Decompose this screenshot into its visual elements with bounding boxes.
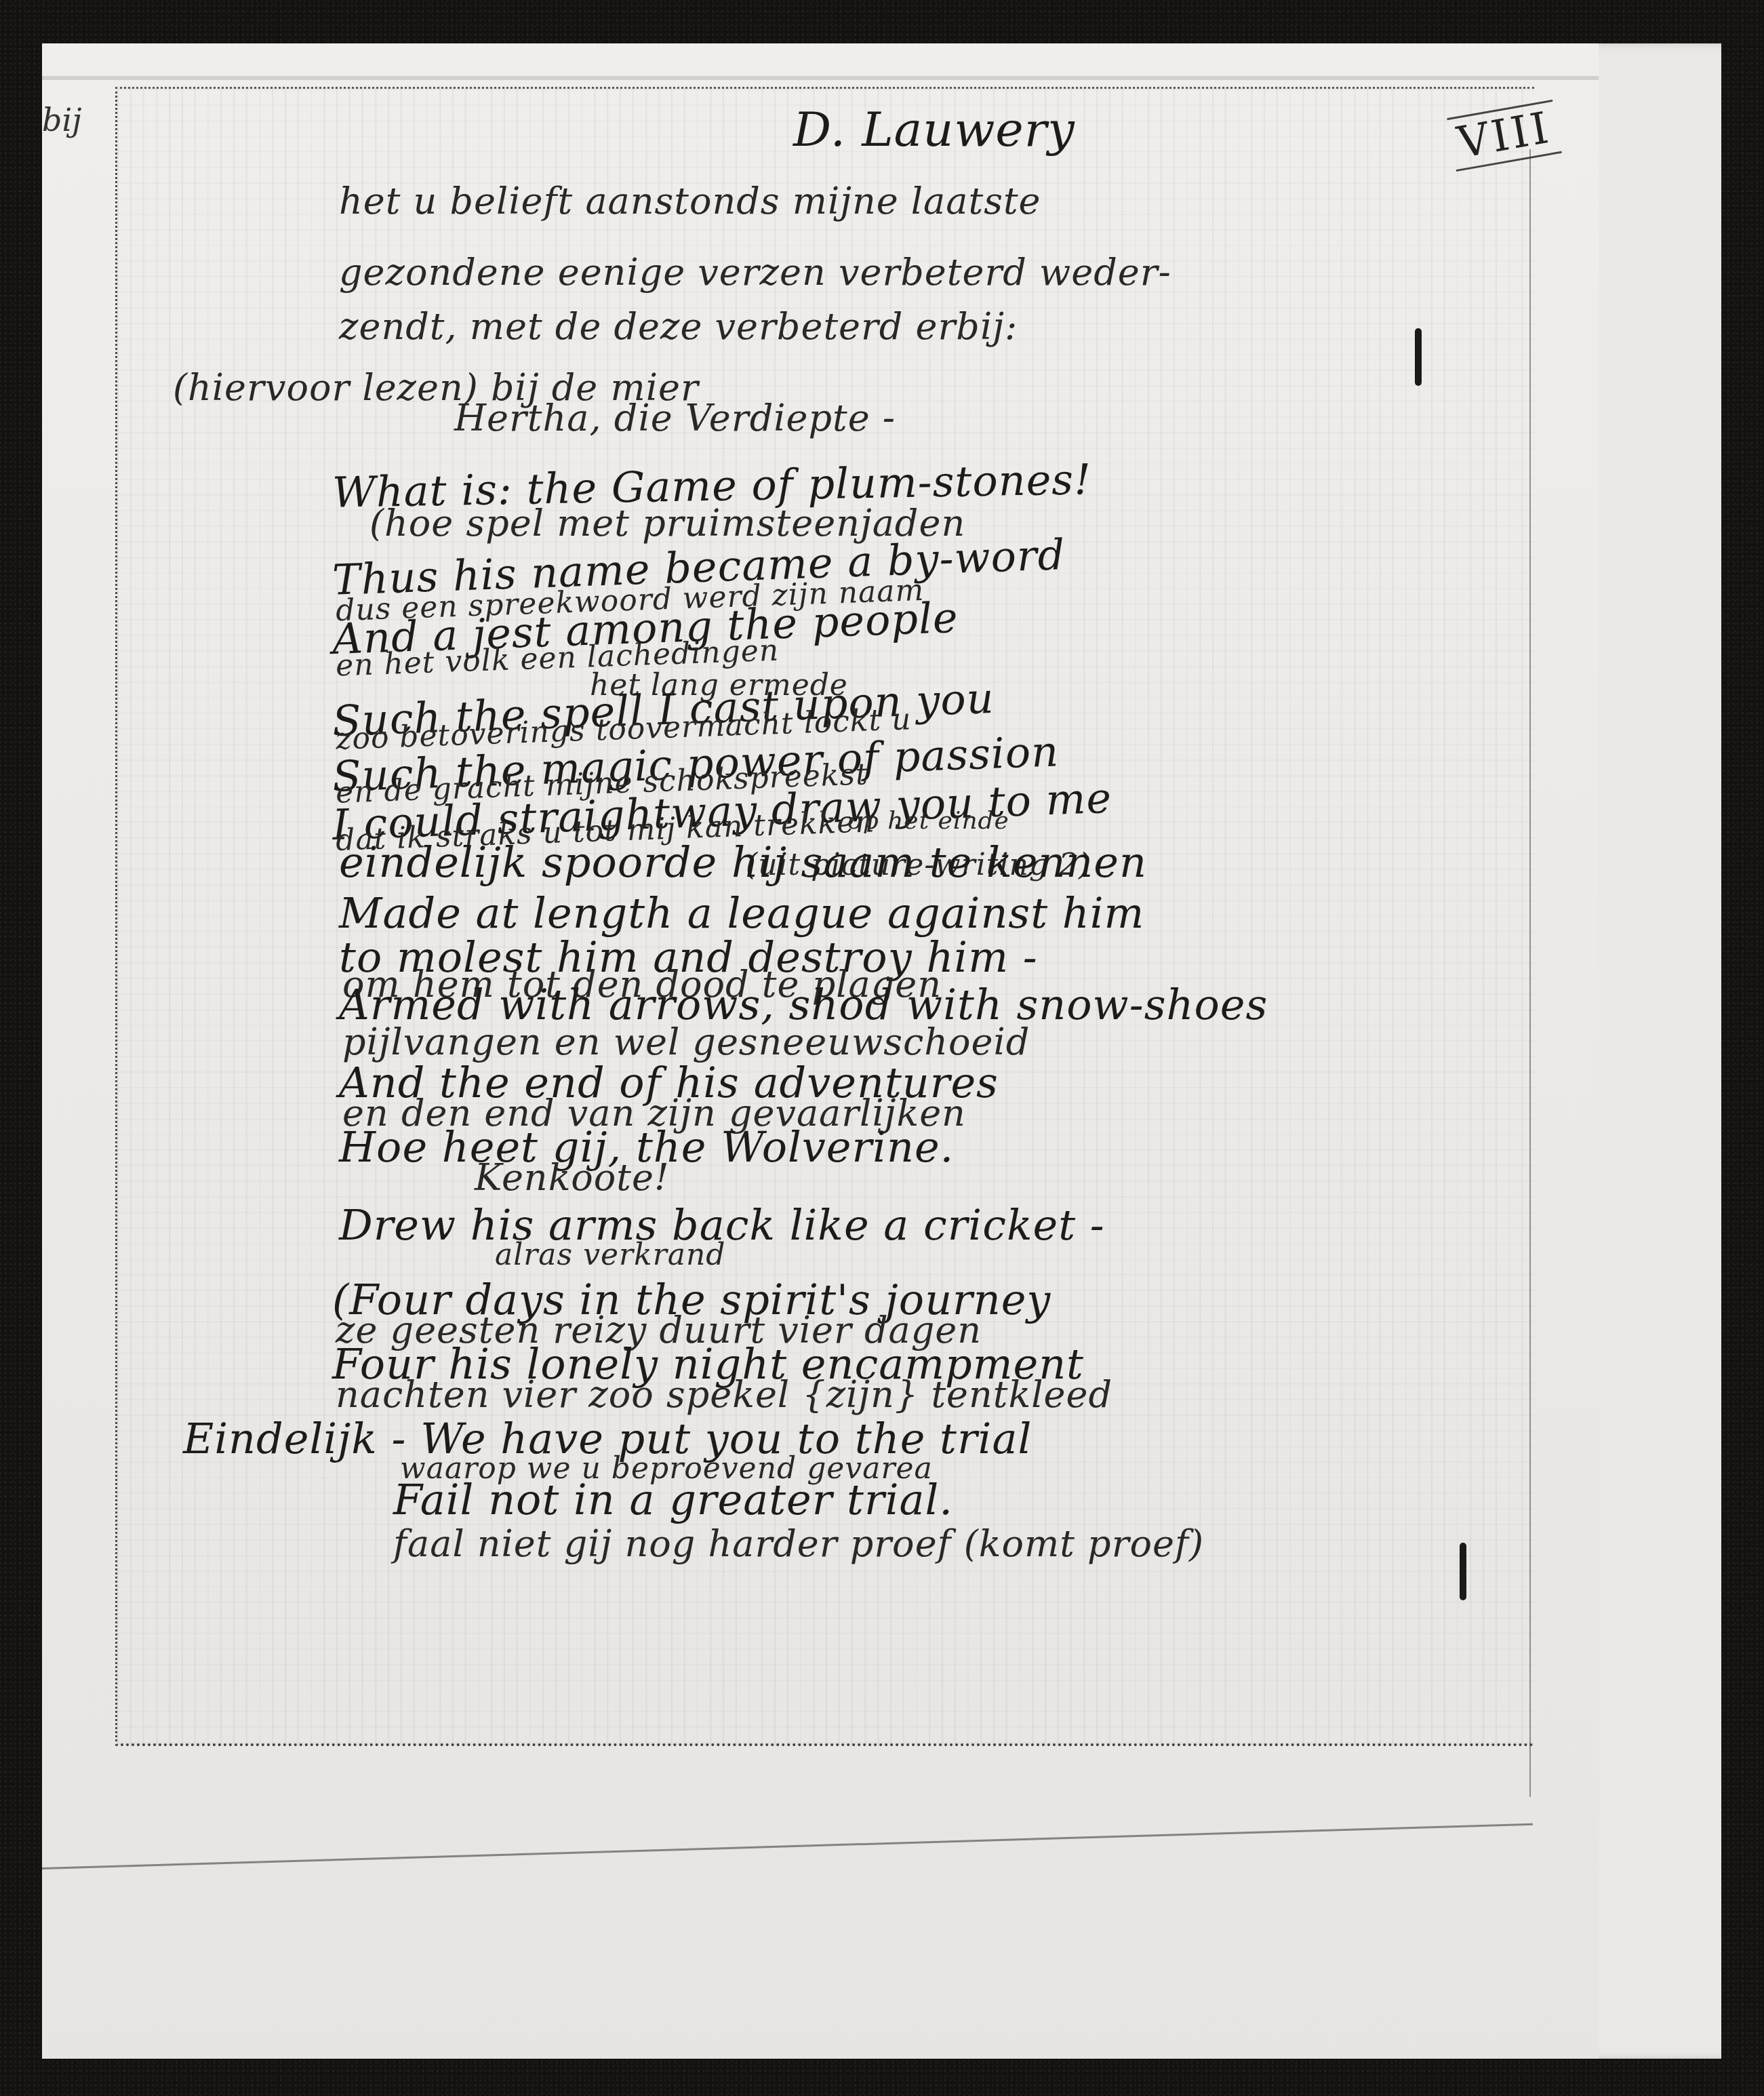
line-17-nl: nachten vier zoo spekel {zijn} tentkleed: [336, 1373, 1112, 1416]
line-9-en: eindelijk spoorde hij saam te kennen: [339, 837, 1147, 887]
margin-note: bij: [42, 102, 81, 138]
back-sheet: [1580, 43, 1721, 2059]
line-15-nl: alras verkrand: [495, 1238, 726, 1272]
line-14-nl: Kenkoote!: [475, 1156, 670, 1199]
heading: D. Lauwery: [793, 102, 1075, 157]
intro-line-1: het u belieft aanstonds mijne laatste: [339, 180, 1041, 222]
intro-line-3: zendt, met de deze verbeterd erbij:: [339, 305, 1018, 348]
right-margin-rule: [1529, 149, 1531, 1797]
line-19-nl: faal niet gij nog harder proef (komt pro…: [393, 1522, 1204, 1565]
margin-stroke-upper: [1415, 328, 1422, 386]
top-smudge: [42, 76, 1599, 80]
line-19-en: Fail not in a greater trial.: [393, 1475, 953, 1524]
margin-stroke-lower: [1460, 1543, 1466, 1600]
line-8-nl: op het einde: [847, 807, 1009, 835]
sheet-fold-line: [42, 1823, 1533, 1870]
intro-line-2: gezondene eenige verzen verbeterd weder-: [339, 251, 1171, 294]
line-10-en: Made at length a league against him: [339, 888, 1144, 938]
line-12-nl: pijlvangen en wel gesneeuwschoeid: [342, 1021, 1030, 1063]
note-line-2: Hertha, die Verdiepte -: [454, 397, 896, 439]
